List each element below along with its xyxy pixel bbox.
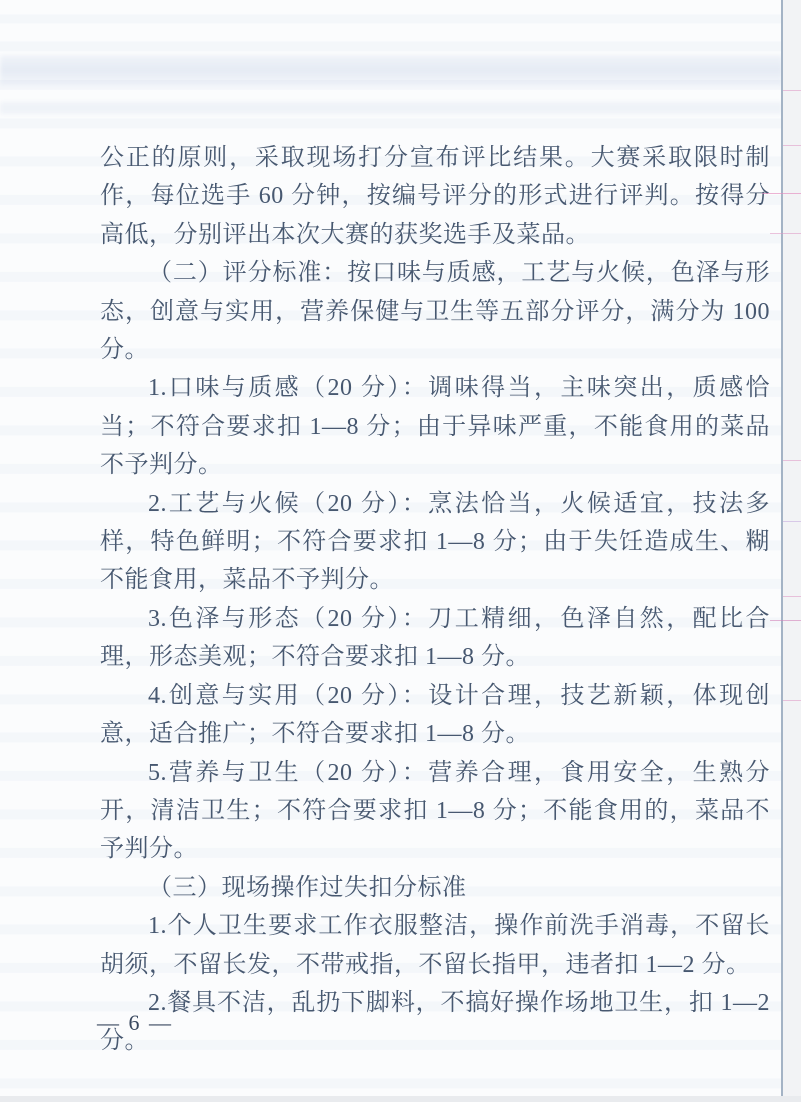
- paragraph-scoring-criteria: （二）评分标准：按口味与质感，工艺与火候，色泽与形态，创意与实用，营养保健与卫生…: [100, 254, 770, 369]
- paragraph-item-3-color-form: 3.色泽与形态（20 分）：刀工精细，色泽自然，配比合理，形态美观；不符合要求扣…: [100, 600, 770, 677]
- heading-onsite-deduction-standard: （三）现场操作过失扣分标准: [100, 869, 770, 907]
- document-body: 公正的原则，采取现场打分宣布评比结果。大赛采取限时制作，每位选手 60 分钟，按…: [100, 139, 770, 1061]
- scan-edge-strip: [781, 0, 801, 1102]
- scan-bottom-edge: [0, 1096, 801, 1102]
- paragraph-item-2-technique: 2.工艺与火候（20 分）：烹法恰当，火候适宜，技法多样，特色鲜明；不符合要求扣…: [100, 485, 770, 600]
- scanned-document-page: 公正的原则，采取现场打分宣布评比结果。大赛采取限时制作，每位选手 60 分钟，按…: [0, 0, 801, 1102]
- paragraph-item-5-nutrition: 5.营养与卫生（20 分）：营养合理，食用安全，生熟分开，清洁卫生；不符合要求扣…: [100, 754, 770, 869]
- paragraph-item-4-creativity: 4.创意与实用（20 分）：设计合理，技艺新颖，体现创意，适合推广；不符合要求扣…: [100, 677, 770, 754]
- paragraph-continuation: 公正的原则，采取现场打分宣布评比结果。大赛采取限时制作，每位选手 60 分钟，按…: [100, 139, 770, 254]
- paragraph-item-1-taste: 1.口味与质感（20 分）：调味得当，主味突出，质感恰当；不符合要求扣 1—8 …: [100, 369, 770, 484]
- bleed-through-band: [0, 55, 783, 85]
- page-number: — 6 —: [97, 1010, 173, 1036]
- paragraph-deduction-1-hygiene: 1.个人卫生要求工作衣服整洁，操作前洗手消毒，不留长胡须，不留长发，不带戒指，不…: [100, 907, 770, 984]
- paragraph-deduction-2-utensils: 2.餐具不洁，乱扔下脚料，不搞好操作场地卫生，扣 1—2 分。: [100, 984, 770, 1061]
- bleed-through-band: [0, 102, 783, 114]
